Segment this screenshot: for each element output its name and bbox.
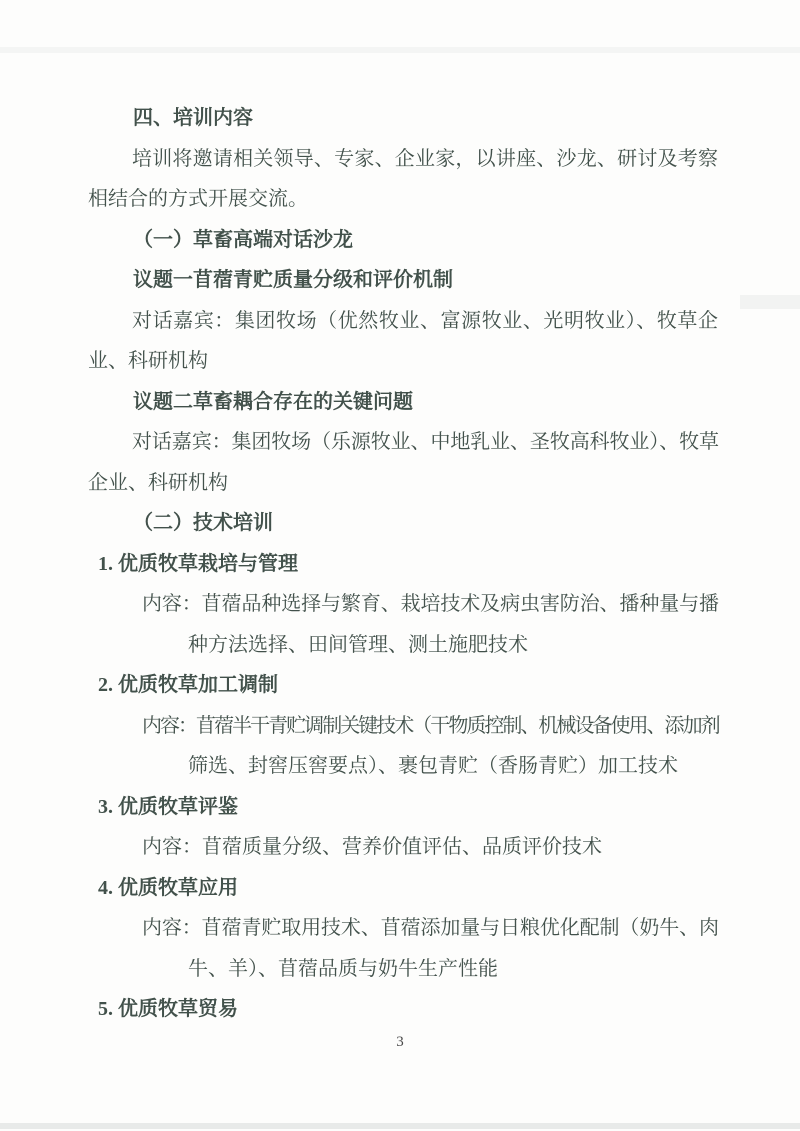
content-line: 种方法选择、田间管理、测土施肥技术	[88, 625, 718, 666]
scan-artifact-top	[0, 47, 800, 53]
scan-artifact-bottom	[0, 1123, 800, 1129]
paragraph-line: 企业、科研机构	[88, 463, 718, 504]
subsection-heading: （二）技术培训	[88, 503, 718, 544]
content-line: 内容：苜蓿半干青贮调制关键技术（干物质控制、机械设备使用、添加剂	[88, 706, 718, 747]
list-item-title: 2. 优质牧草加工调制	[88, 665, 718, 706]
list-item-title: 1. 优质牧草栽培与管理	[88, 544, 718, 585]
subsection-heading: （一）草畜高端对话沙龙	[88, 220, 718, 261]
paragraph-line: 业、科研机构	[88, 341, 718, 382]
paragraph-line: 培训将邀请相关领导、专家、企业家，以讲座、沙龙、研讨及考察	[88, 139, 718, 180]
paragraph-line: 相结合的方式开展交流。	[88, 179, 718, 220]
document-body: 四、培训内容 培训将邀请相关领导、专家、企业家，以讲座、沙龙、研讨及考察 相结合…	[88, 98, 718, 1030]
content-line: 内容：苜蓿青贮取用技术、苜蓿添加量与日粮优化配制（奶牛、肉	[88, 908, 718, 949]
content-line: 筛选、封窖压窖要点）、裹包青贮（香肠青贮）加工技术	[88, 746, 718, 787]
paragraph-line: 对话嘉宾：集团牧场（优然牧业、富源牧业、光明牧业）、牧草企	[88, 301, 718, 342]
topic-heading: 议题二草畜耦合存在的关键问题	[88, 382, 718, 423]
section-heading: 四、培训内容	[88, 98, 718, 139]
content-line: 内容：苜蓿品种选择与繁育、栽培技术及病虫害防治、播种量与播	[88, 584, 718, 625]
document-page: 四、培训内容 培训将邀请相关领导、专家、企业家，以讲座、沙龙、研讨及考察 相结合…	[0, 0, 800, 1131]
list-item-title: 3. 优质牧草评鉴	[88, 787, 718, 828]
content-line: 内容：苜蓿质量分级、营养价值评估、品质评价技术	[88, 827, 718, 868]
paragraph-line: 对话嘉宾：集团牧场（乐源牧业、中地乳业、圣牧高科牧业）、牧草	[88, 422, 718, 463]
scan-artifact-right	[740, 295, 800, 309]
page-number: 3	[0, 1022, 800, 1062]
content-line: 牛、羊）、苜蓿品质与奶牛生产性能	[88, 949, 718, 990]
topic-heading: 议题一苜蓿青贮质量分级和评价机制	[88, 260, 718, 301]
list-item-title: 4. 优质牧草应用	[88, 868, 718, 909]
